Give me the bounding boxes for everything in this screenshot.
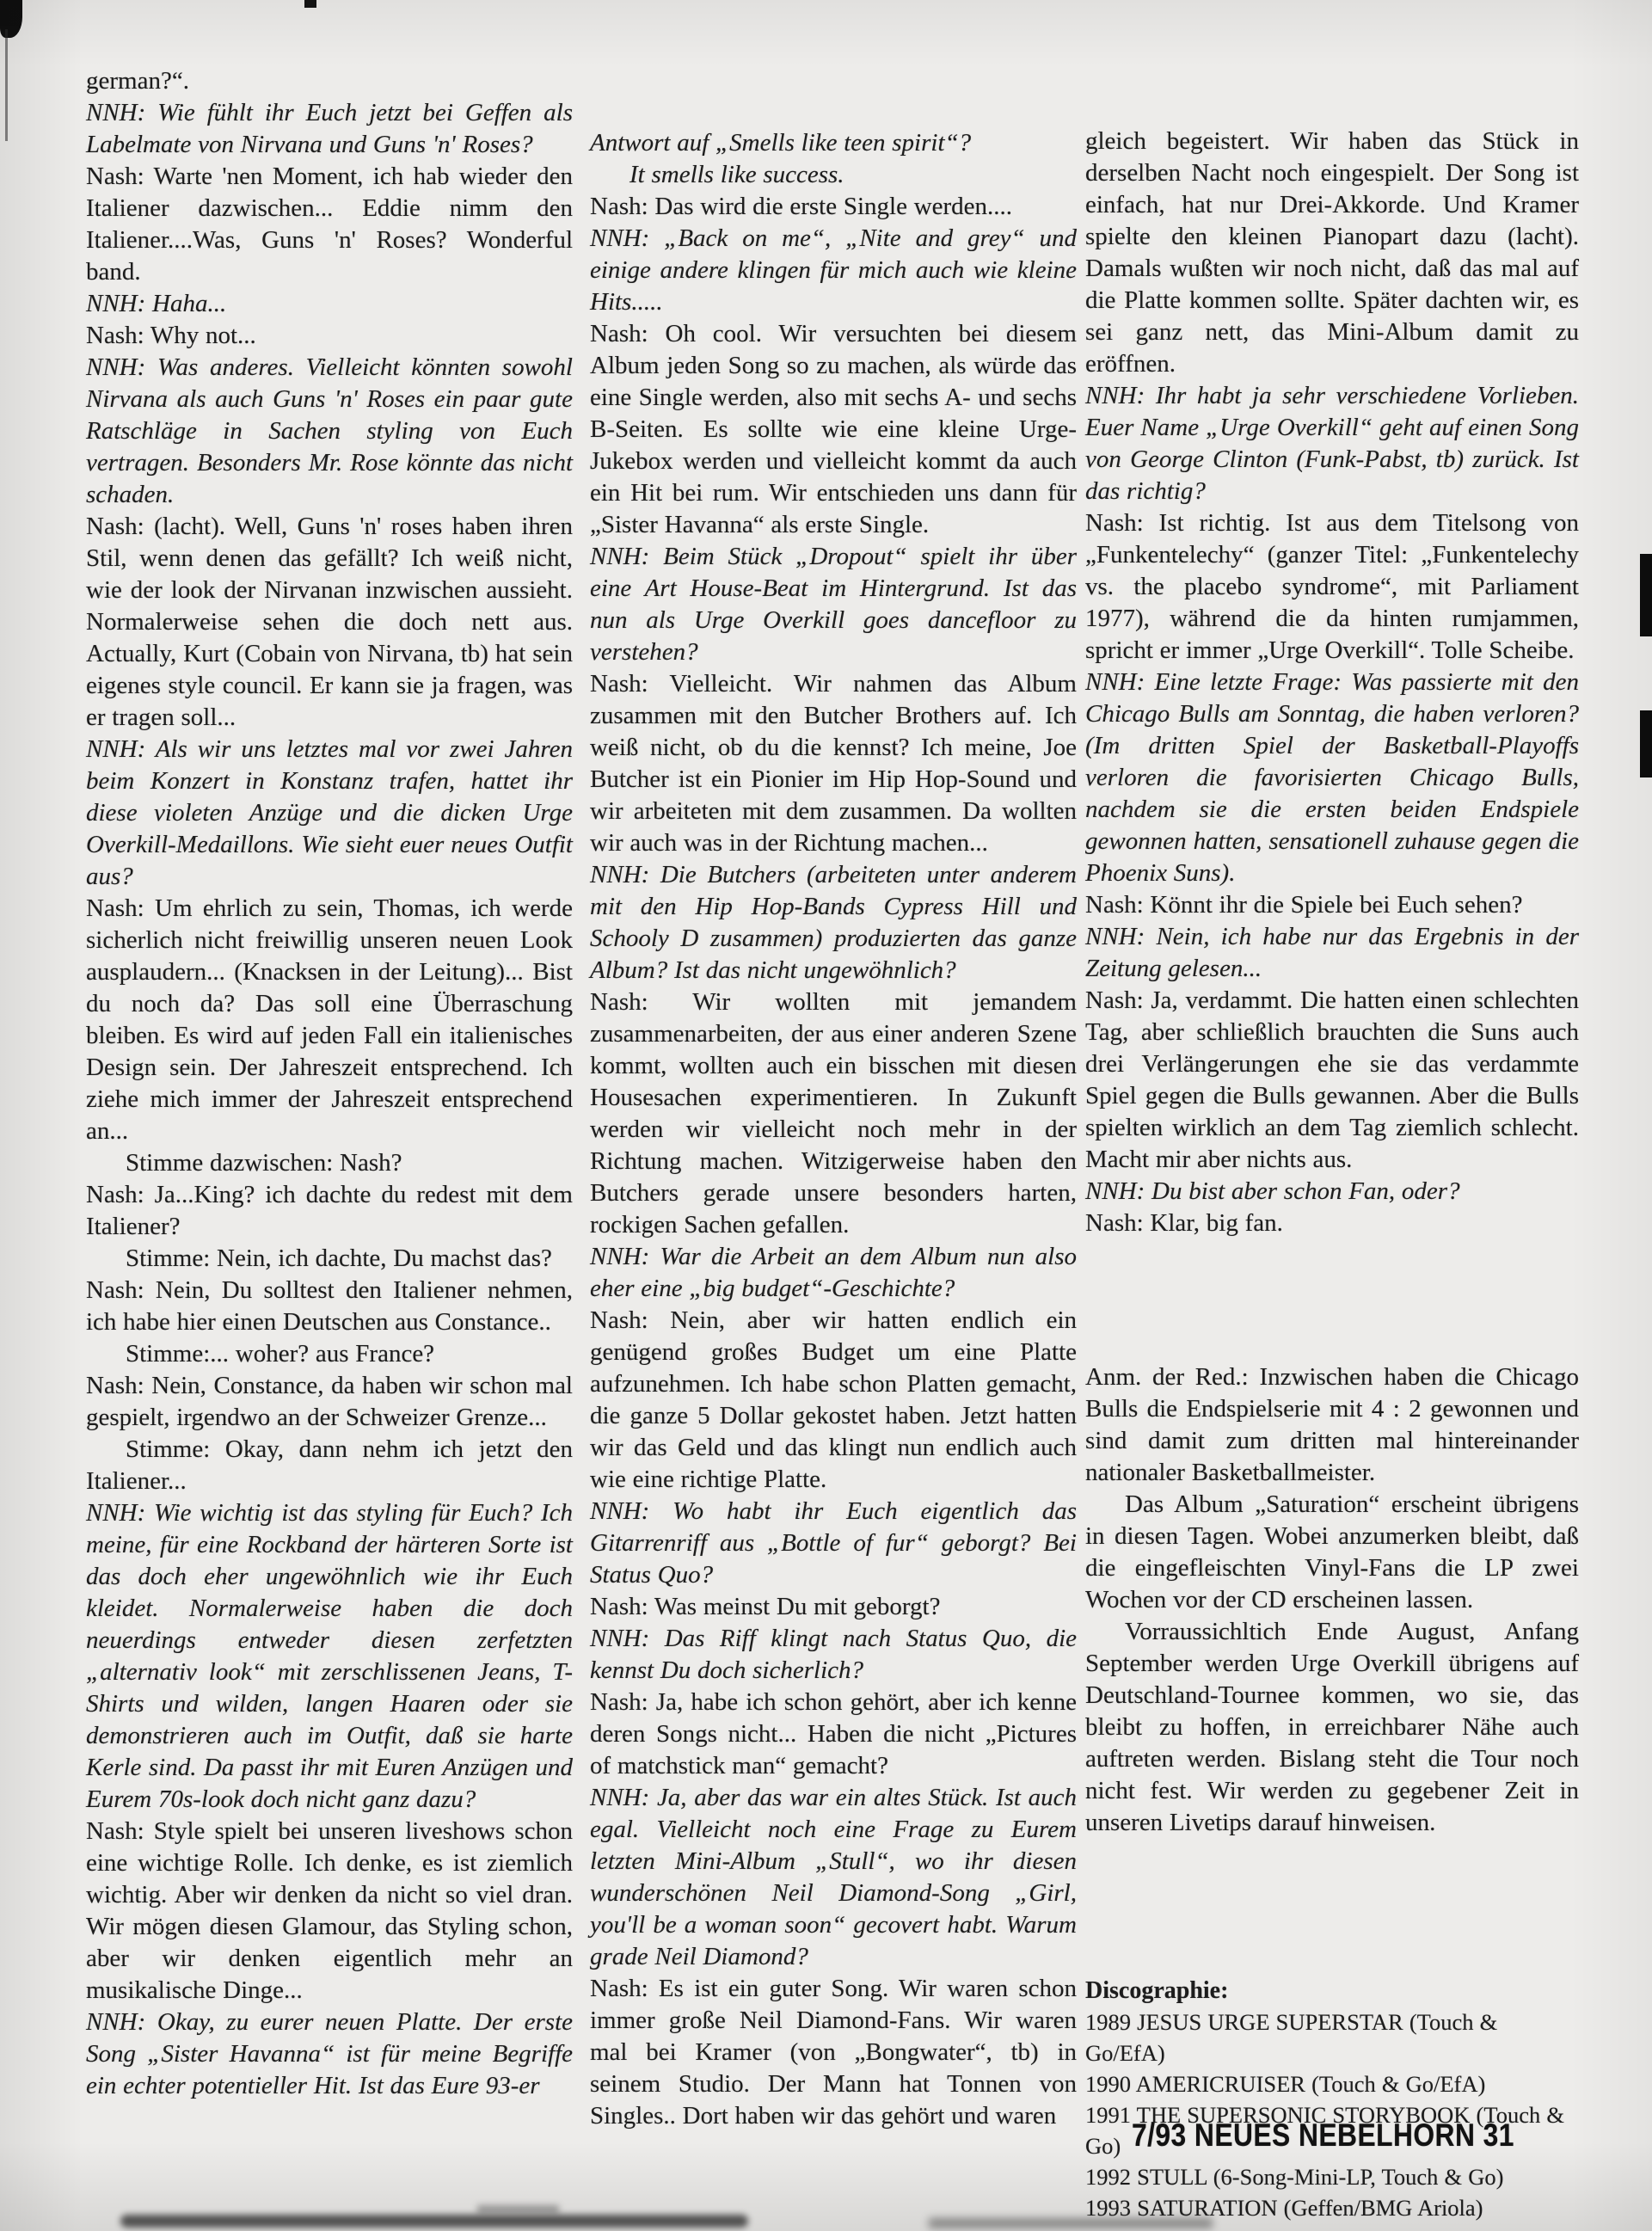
scan-artifact — [477, 2205, 559, 2214]
discography-heading: Discographie: — [1085, 1975, 1579, 2007]
interview-answer: Nash: (lacht). Well, Guns 'n' roses habe… — [86, 511, 573, 734]
interview-question: NNH: Wie wichtig ist das styling für Euc… — [86, 1497, 573, 1816]
voice-interjection: Stimme: Nein, ich dachte, Du machst das? — [86, 1243, 573, 1275]
interview-question: Antwort auf „Smells like teen spirit“? — [590, 127, 1077, 159]
scan-artifact — [0, 0, 22, 38]
interview-question: NNH: Wie fühlt ihr Euch jetzt bei Geffen… — [86, 97, 573, 161]
interview-question: NNH: Eine letzte Frage: Was passierte mi… — [1085, 667, 1579, 889]
interview-question: NNH: Wo habt ihr Euch eigentlich das Git… — [590, 1496, 1077, 1591]
interview-question: NNH: Nein, ich habe nur das Ergebnis in … — [1085, 921, 1579, 985]
interview-answer: Nash: Ist richtig. Ist aus dem Titelsong… — [1085, 507, 1579, 667]
editors-note: Vorraussichltich Ende August, Anfang Sep… — [1085, 1616, 1579, 1839]
page-footer: 7/93 NEUES NEBELHORN 31 — [1132, 2117, 1514, 2154]
interview-answer: Nash: Was meinst Du mit geborgt? — [590, 1591, 1077, 1623]
interview-question: NNH: Ihr habt ja sehr verschiedene Vorli… — [1085, 380, 1579, 507]
interview-question: NNH: „Back on me“, „Nite and grey“ und e… — [590, 223, 1077, 318]
interview-answer: Nash: Nein, Constance, da haben wir scho… — [86, 1370, 573, 1434]
discography-entry: 1989 JESUS URGE SUPERSTAR (Touch & Go/Ef… — [1085, 2007, 1579, 2068]
interview-question: NNH: Okay, zu eurer neuen Platte. Der er… — [86, 2007, 573, 2102]
interview-answer: Nash: Nein, aber wir hatten endlich ein … — [590, 1305, 1077, 1496]
interview-answer: gleich begeistert. Wir haben das Stück i… — [1085, 126, 1579, 380]
voice-interjection: Stimme: Okay, dann nehm ich jetzt den It… — [86, 1434, 573, 1497]
voice-interjection: Stimme dazwischen: Nash? — [86, 1147, 573, 1179]
interview-answer: Nash: Das wird die erste Single werden..… — [590, 191, 1077, 223]
interview-answer: Nash: Vielleicht. Wir nahmen das Album z… — [590, 668, 1077, 859]
interview-question: NNH: Das Riff klingt nach Status Quo, di… — [590, 1623, 1077, 1687]
interview-question: NNH: Haha... — [86, 288, 573, 320]
text-column-1: german?“.NNH: Wie fühlt ihr Euch jetzt b… — [86, 65, 573, 2102]
column-gap — [1085, 1839, 1579, 1975]
discography-entry: 1990 AMERICRUISER (Touch & Go/EfA) — [1085, 2068, 1579, 2099]
interview-answer: Nash: Klar, big fan. — [1085, 1208, 1579, 1239]
interview-answer: Nash: Ja, habe ich schon gehört, aber ic… — [590, 1687, 1077, 1782]
text-column-2: Antwort auf „Smells like teen spirit“?It… — [590, 127, 1077, 2132]
discography-entry: 1993 SATURATION (Geffen/BMG Ariola) — [1085, 2192, 1579, 2223]
interview-question: NNH: Als wir uns letztes mal vor zwei Ja… — [86, 734, 573, 893]
interview-answer: Nash: Why not... — [86, 320, 573, 352]
column-gap — [1085, 1239, 1579, 1361]
editors-note: Das Album „Saturation“ erscheint übrigen… — [1085, 1489, 1579, 1616]
scan-artifact — [1640, 710, 1652, 777]
interview-answer: Nash: Ja...King? ich dachte du redest mi… — [86, 1179, 573, 1243]
magazine-page: german?“.NNH: Wie fühlt ihr Euch jetzt b… — [0, 0, 1652, 2231]
interview-answer: Nash: Um ehrlich zu sein, Thomas, ich we… — [86, 893, 573, 1147]
interview-answer: Nash: Style spielt bei unseren liveshows… — [86, 1816, 573, 2007]
interview-question: NNH: Was anderes. Vielleicht könnten sow… — [86, 352, 573, 511]
discography-entry: 1992 STULL (6-Song-Mini-LP, Touch & Go) — [1085, 2161, 1579, 2192]
interview-question: NNH: Die Butchers (arbeiteten unter ande… — [590, 859, 1077, 986]
interview-answer: Nash: Nein, Du solltest den Italiener ne… — [86, 1275, 573, 1338]
interview-answer: Nash: Wir wollten mit jemandem zusammena… — [590, 986, 1077, 1241]
text-column-3: gleich begeistert. Wir haben das Stück i… — [1085, 126, 1579, 2223]
interview-question: NNH: Beim Stück „Dropout“ spielt ihr übe… — [590, 541, 1077, 668]
interview-question: NNH: Ja, aber das war ein altes Stück. I… — [590, 1782, 1077, 1973]
interview-answer: Nash: Ja, verdammt. Die hatten einen sch… — [1085, 985, 1579, 1176]
interview-question: NNH: Du bist aber schon Fan, oder? — [1085, 1176, 1579, 1208]
scan-artifact — [5, 29, 8, 141]
interview-answer: Nash: Oh cool. Wir versuchten bei diesem… — [590, 318, 1077, 541]
interview-answer: Nash: Es ist ein guter Song. Wir waren s… — [590, 1973, 1077, 2132]
continued-text: german?“. — [86, 65, 573, 97]
interview-question: NNH: War die Arbeit an dem Album nun als… — [590, 1241, 1077, 1305]
scan-artifact — [120, 2215, 748, 2228]
scan-artifact — [1640, 554, 1652, 636]
interview-answer: Nash: Könnt ihr die Spiele bei Euch sehe… — [1085, 889, 1579, 921]
interview-answer: Nash: Warte 'nen Moment, ich hab wieder … — [86, 161, 573, 288]
interview-question: It smells like success. — [590, 159, 1077, 191]
scan-artifact — [304, 0, 316, 8]
voice-interjection: Stimme:... woher? aus France? — [86, 1338, 573, 1370]
editors-note: Anm. der Red.: Inzwischen haben die Chic… — [1085, 1361, 1579, 1489]
